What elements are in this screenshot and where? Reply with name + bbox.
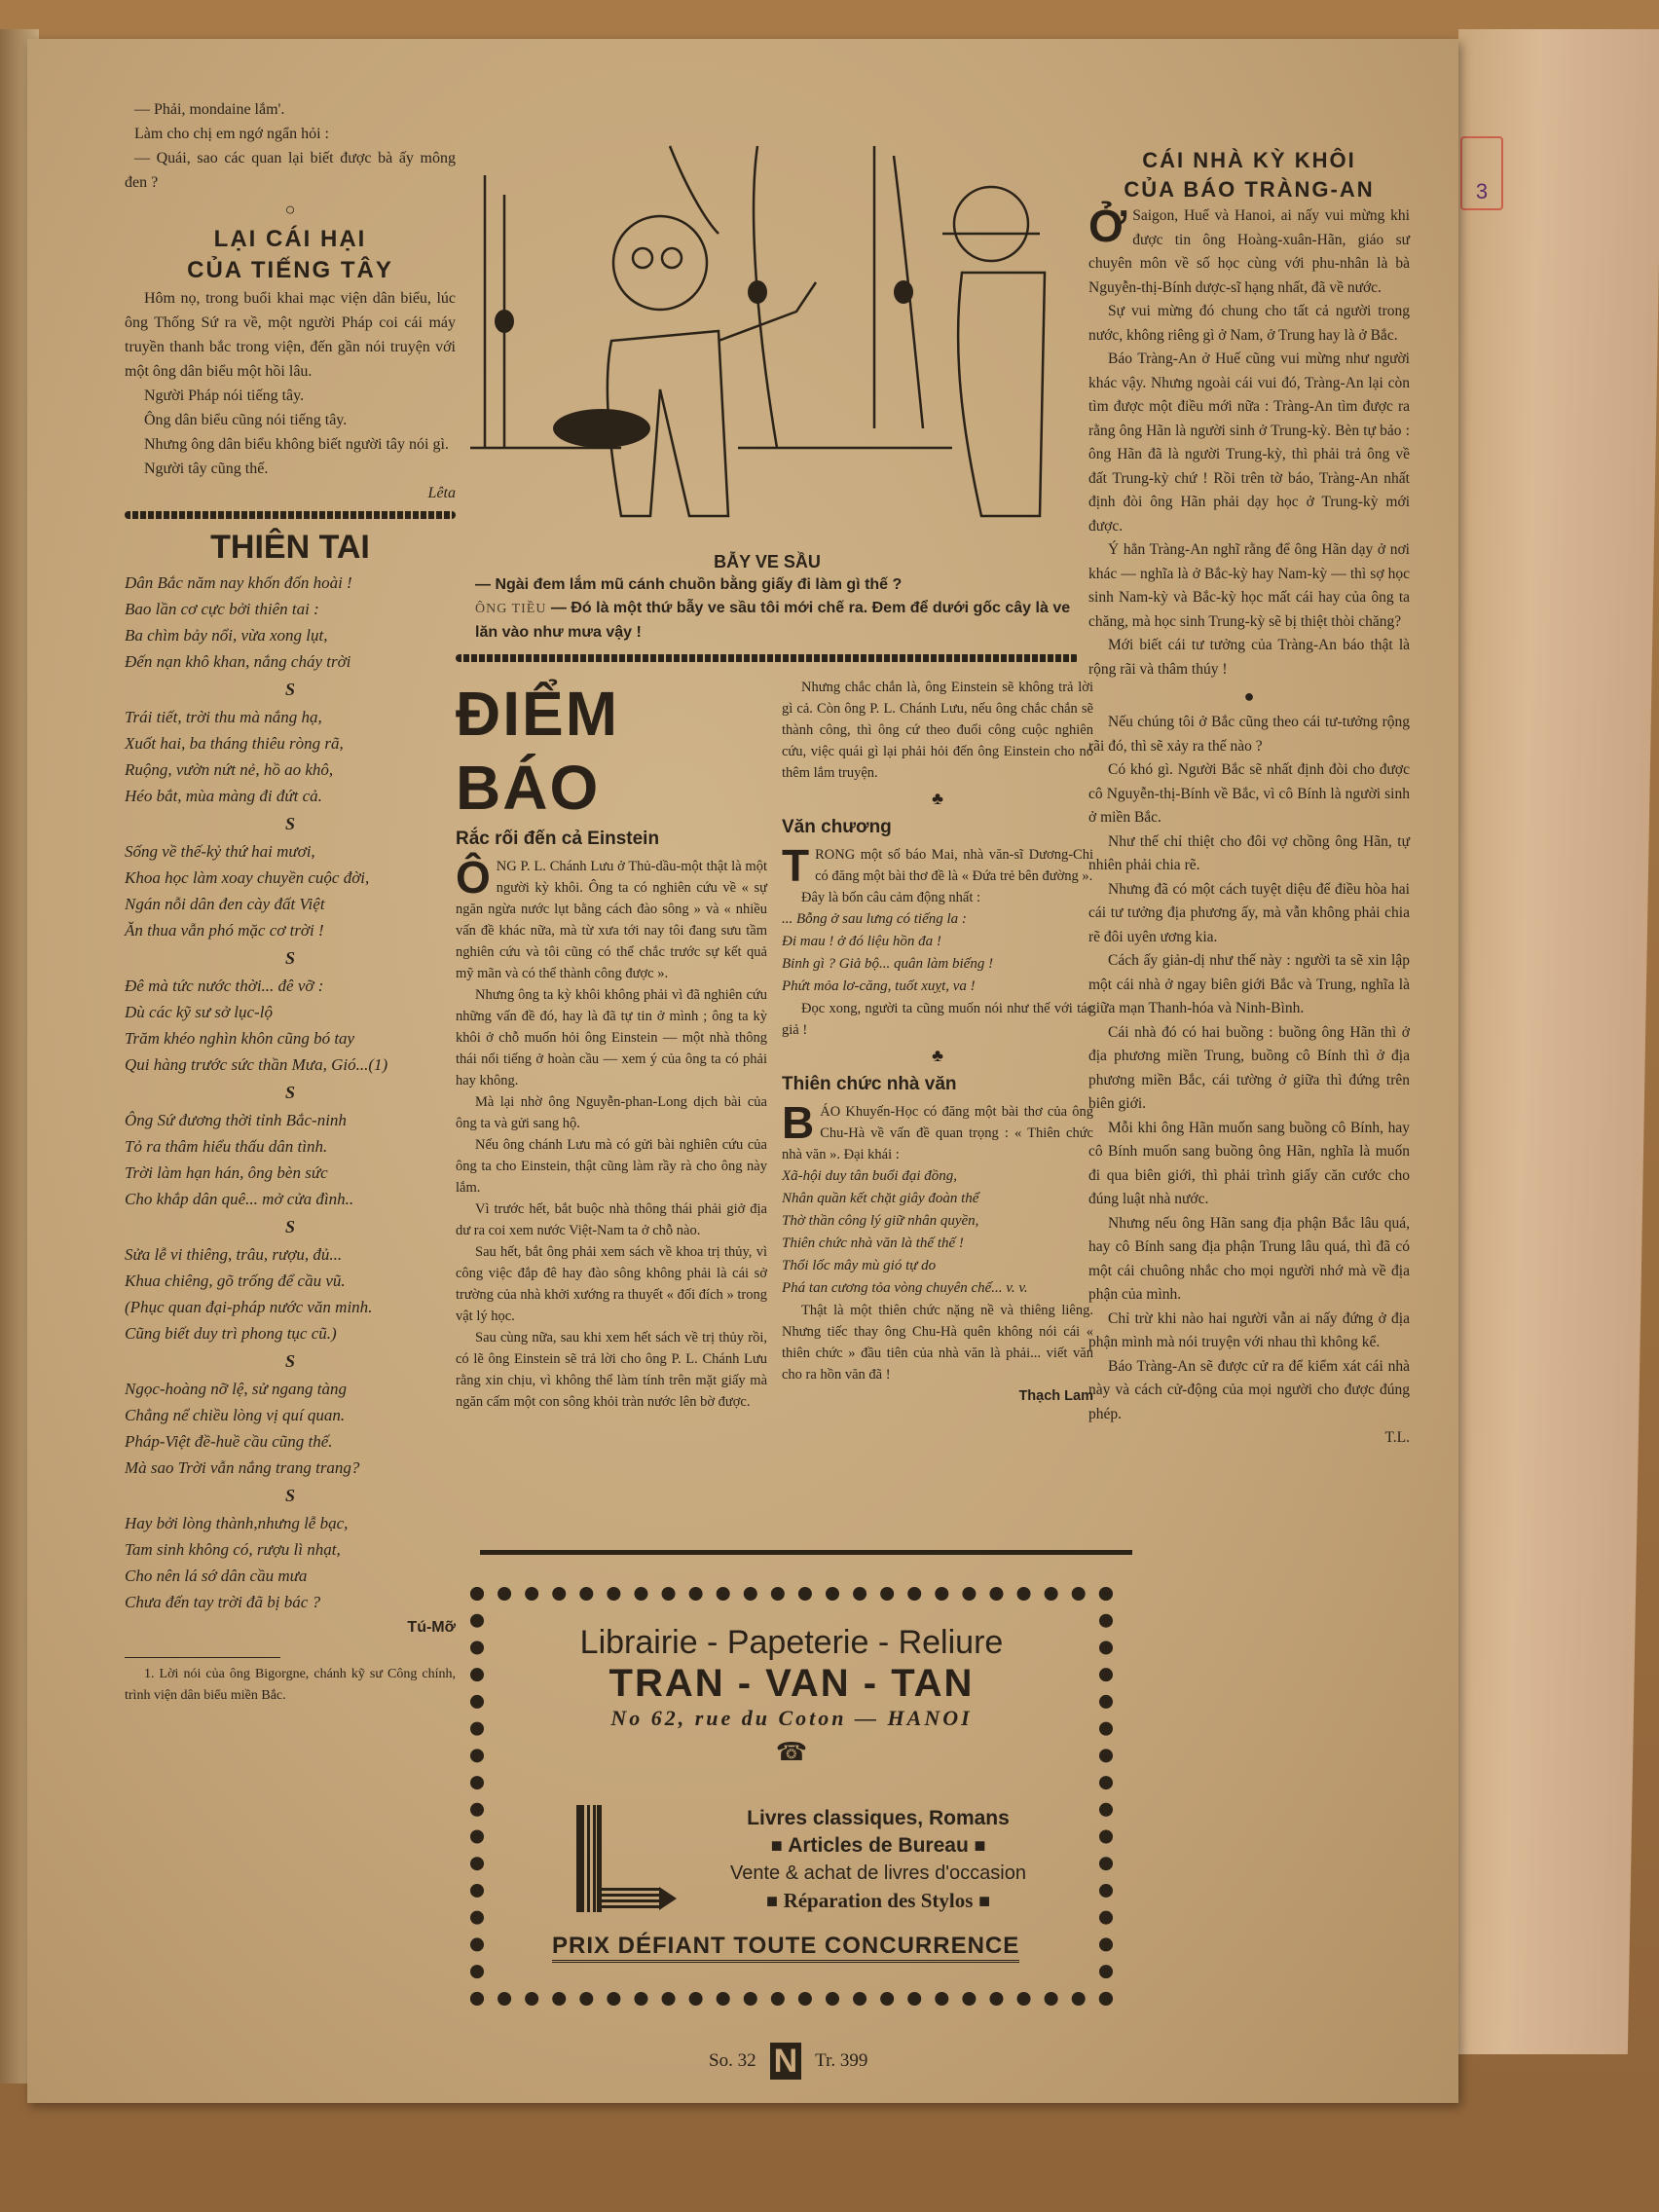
club-ornament: ♣ [782, 1041, 1093, 1070]
section-title: Rắc rối đến cả Einstein [456, 829, 767, 850]
cartoon-line-2: ÔNG TIỀU — Đó là một thứ bẫy ve sầu tôi … [456, 597, 1079, 645]
newspaper-logo-icon: N [770, 2043, 802, 2080]
paragraph: Cái nhà đó có hai buồng : buồng ông Hãn … [1088, 1021, 1410, 1117]
cartoon-illustration [465, 136, 1069, 545]
paragraph: Có khó gì. Người Bắc sẽ nhất định đòi ch… [1088, 758, 1410, 830]
stanza: Sửa lễ vi thiêng, trâu, rượu, đủ... Khua… [125, 1241, 456, 1346]
library-stamp: 3 [1460, 136, 1503, 210]
ad-services: Livres classiques, Romans ■ Articles de … [688, 1805, 1068, 1915]
intro-line: Làm cho chị em ngớ ngẩn hỏi : [125, 122, 456, 146]
paragraph: ÁO Khuyến-Học có đăng một bài thơ của ôn… [782, 1101, 1093, 1165]
dropcap: T [782, 846, 809, 885]
dropcap: Ở [1088, 206, 1126, 245]
paragraph: Như thế chỉ thiệt cho đôi vợ chồng ông H… [1088, 830, 1410, 878]
footnote-rule [125, 1657, 280, 1658]
masthead-diem-bao: ĐIỂM BÁO [456, 677, 767, 825]
paragraph: Báo Tràng-An ở Huế cũng vui mừng như ngư… [1088, 348, 1410, 538]
dropcap: B [782, 1103, 814, 1142]
paragraph: Mà lại nhờ ông Nguyễn-phan-Long dịch bài… [456, 1091, 767, 1134]
section-title: Thiên chức nhà văn [782, 1074, 1093, 1095]
dropcap: Ô [456, 858, 491, 897]
intro-line: — Phải, mondaine lắm'. [125, 97, 456, 122]
bullet-ornament: ● [1088, 682, 1410, 711]
cartoon-title: BẪY VE SẦU [456, 550, 1079, 573]
poem-title: THIÊN TAI [125, 525, 456, 570]
column-4: CÁI NHÀ KỲ KHÔI CỦA BÁO TRÀNG-AN Ở Saigo… [1088, 146, 1410, 1451]
paragraph: Cách ấy giản-dị như thế này : người ta s… [1088, 949, 1410, 1021]
stanza: Hay bởi lòng thành,nhưng lễ bạc, Tam sin… [125, 1510, 456, 1615]
quoted-poem: ... Bỗng ở sau lưng có tiếng la : Đi mau… [782, 908, 1093, 998]
stanza-ornament: S [125, 675, 456, 704]
article-title: LẠI CÁI HẠI CỦA TIẾNG TÂY [125, 224, 456, 286]
quoted-poem: Xã-hội duy tân buổi đại đồng, Nhân quần … [782, 1165, 1093, 1300]
ad-emblem-icon: ☎ [513, 1737, 1070, 1767]
cartoon-line-1: — Ngài đem lắm mũ cánh chuồn bằng giấy đ… [456, 573, 1079, 597]
stanza-ornament: S [125, 809, 456, 838]
wavy-divider [125, 511, 456, 519]
paragraph: Người tây cũng thế. [125, 457, 456, 481]
column-review-left: ĐIỂM BÁO Rắc rối đến cả Einstein Ô NG P.… [456, 677, 767, 1413]
paragraph: Báo Tràng-An sẽ được cử ra để kiểm xát c… [1088, 1355, 1410, 1427]
footnote: 1. Lời nói của ông Bigorgne, chánh kỹ sư… [125, 1664, 456, 1707]
author-signature: T.L. [1088, 1426, 1410, 1451]
paragraph: Ý hẳn Tràng-An nghĩ rằng để ông Hãn dạy … [1088, 538, 1410, 634]
page-number: Tr. 399 [815, 2050, 867, 2072]
paragraph: Đọc xong, người ta cũng muốn nói như thế… [782, 998, 1093, 1041]
poem-author: Tú-Mỡ [125, 1615, 456, 1640]
paragraph: Sau cùng nữa, sau khi xem hết sách về tr… [456, 1327, 767, 1413]
paragraph: Saigon, Huế và Hanoi, ai nấy vui mừng kh… [1088, 204, 1410, 300]
paragraph: Nhưng nếu ông Hãn sang địa phận Bắc lâu … [1088, 1212, 1410, 1308]
arrow-icon [659, 1887, 677, 1910]
intro-line: — Quái, sao các quan lại biết được bà ấy… [125, 146, 456, 195]
page-footer: So. 32 N Tr. 399 [709, 2043, 867, 2080]
author-signature: Lêta [125, 481, 456, 505]
paragraph: Người Pháp nói tiếng tây. [125, 384, 456, 408]
article-title: CÁI NHÀ KỲ KHÔI CỦA BÁO TRÀNG-AN [1088, 146, 1410, 204]
poem: Dân Bắc năm nay khốn đốn hoài ! Bao lần … [125, 570, 456, 1615]
wavy-divider [456, 654, 1079, 662]
stanza-ornament: S [125, 1346, 456, 1376]
paragraph: Nhưng chắc chắn là, ông Einstein sẽ khôn… [782, 677, 1093, 784]
column-review-right: Nhưng chắc chắn là, ông Einstein sẽ khôn… [782, 677, 1093, 1407]
section-rule [480, 1550, 1132, 1555]
stanza-ornament: S [125, 1078, 456, 1107]
pencil-tip-icon [601, 1888, 659, 1909]
paragraph: RONG một số báo Mai, nhà văn-sĩ Dương-Ch… [782, 844, 1093, 887]
stanza-ornament: S [125, 943, 456, 973]
stanza: Ông Sứ đương thời tỉnh Bắc-ninh Tỏ ra th… [125, 1107, 456, 1212]
stanza: Ngọc-hoàng nỡ lệ, sử ngang tàng Chẳng nể… [125, 1376, 456, 1481]
paragraph: Sự vui mừng đó chung cho tất cả người tr… [1088, 300, 1410, 348]
paragraph: Mới biết cái tư tưởng của Tràng-An báo t… [1088, 634, 1410, 682]
stanza: Dân Bắc năm nay khốn đốn hoài ! Bao lần … [125, 570, 456, 675]
stanza: Sống về thế-kỷ thứ hai mươi, Khoa học là… [125, 838, 456, 943]
cartoon-drawing-icon [465, 136, 1069, 545]
pencil-logo-icon [576, 1805, 602, 1912]
ad-shop-name: TRAN - VAN - TAN [513, 1662, 1070, 1706]
paragraph: Nếu chúng tôi ở Bắc cũng theo cái tư-tưở… [1088, 711, 1410, 758]
stanza: Trái tiết, trời thu mà nắng hạ, Xuốt hai… [125, 704, 456, 809]
cartoon-caption: BẪY VE SẦU — Ngài đem lắm mũ cánh chuồn … [456, 550, 1079, 668]
author-signature: Thạch Lam [782, 1385, 1093, 1407]
column-1: — Phải, mondaine lắm'. Làm cho chị em ng… [125, 97, 456, 1707]
stanza-ornament: S [125, 1481, 456, 1510]
issue-number: So. 32 [709, 2050, 756, 2072]
paragraph: NG P. L. Chánh Lưu ở Thủ-dầu-một thật là… [456, 856, 767, 984]
stanza-ornament: S [125, 1212, 456, 1241]
advertisement-tran-van-tan: Librairie - Papeterie - Reliure TRAN - V… [470, 1587, 1113, 2006]
ad-address: No 62, rue du Coton — HANOI [513, 1706, 1070, 1731]
paragraph: Sau hết, bắt ông phải xem sách về khoa t… [456, 1241, 767, 1327]
section-title: Văn chương [782, 817, 1093, 838]
ad-tagline: PRIX DÉFIANT TOUTE CONCURRENCE [552, 1933, 1019, 1963]
paragraph: Chỉ trừ khi nào hai người vẫn ai nấy đứn… [1088, 1308, 1410, 1355]
paragraph: Vì trước hết, bắt buộc nhà thông thái ph… [456, 1198, 767, 1241]
club-ornament: ♣ [782, 784, 1093, 813]
paragraph: Thật là một thiên chức nặng nề và thiêng… [782, 1300, 1093, 1385]
paragraph: Mỗi khi ông Hãn muốn sang buồng cô Bính,… [1088, 1117, 1410, 1212]
underlying-pages-edge [1423, 29, 1659, 2054]
cartoon-speaker: ÔNG TIỀU [475, 602, 546, 616]
paragraph: Nhưng ông ta kỳ khôi không phải vì đã ng… [456, 984, 767, 1091]
paragraph: Ông dân biểu cũng nói tiếng tây. [125, 408, 456, 432]
newspaper-page: — Phải, mondaine lắm'. Làm cho chị em ng… [27, 39, 1458, 2103]
paragraph: Đây là bốn câu cảm động nhất : [782, 887, 1093, 908]
paragraph: Nếu ông chánh Lưu mà có gửi bài nghiên c… [456, 1134, 767, 1198]
ad-line-1: Librairie - Papeterie - Reliure [513, 1624, 1070, 1662]
stanza: Đê mà tức nước thời... đê vỡ : Dù các kỹ… [125, 973, 456, 1078]
paragraph: Nhưng ông dân biểu không biết người tây … [125, 432, 456, 457]
paragraph: Nhưng đã có một cách tuyệt diệu để điều … [1088, 878, 1410, 950]
ornament-circle: ○ [125, 195, 456, 224]
paragraph: Hôm nọ, trong buổi khai mạc viện dân biể… [125, 286, 456, 384]
